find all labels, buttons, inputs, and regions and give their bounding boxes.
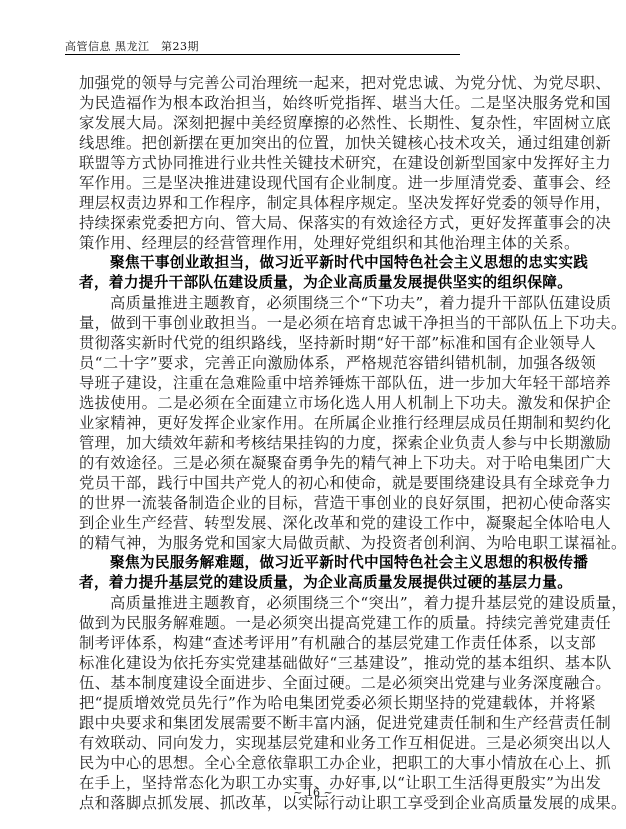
text-line: 管理，加大绩效年薪和考核结果挂钩的力度，探索企业负责人参与中长期激励 [79,433,542,453]
text-line: 员“二十字”要求，完善正向激励体系，严格规范容错纠错机制，加强各级领 [79,353,542,373]
text-line: 到企业生产经营、转型发展、深化改革和党的建设工作中，凝聚起全体哈电人 [79,513,542,533]
text-line: 为民造福作为根本政治担当，始终听党指挥、堪当大任。二是坚决服务党和国 [79,93,542,113]
text-line: 贯彻落实新时代党的组织路线，坚持新时期“好干部”标准和国有企业领导人 [79,333,542,353]
header-divider [65,54,460,55]
text-line: 高质量推进主题教育，必须围绕三个“下功夫”，着力提升干部队伍建设质 [79,293,542,313]
page-number: ~ 16 ~ [0,786,626,799]
text-line: 线思维。把创新摆在更加突出的位置，加快关键核心技术攻关，通过组建创新 [79,133,542,153]
document-body: 加强党的领导与完善公司治理统一起来，把对党忠诚、为党分忧、为党尽职、 为民造福作… [79,73,542,813]
text-line: 有效联动、同向发力，实现基层党建和业务工作互相促进。三是必须突出以人 [79,733,542,753]
text-line: 党员干部，践行中国共产党人的初心和使命，就是要围绕建设具有全球竞争力 [79,473,542,493]
text-line: 标准化建设为依托夯实党建基础做好“三基建设”，推动党的基本组织、基本队 [79,653,542,673]
running-header: 高管信息 黑龙江 第23期 [65,39,460,55]
text-line: 业家精神，更好发挥企业家作用。在所属企业推行经理层成员任期制和契约化 [79,413,542,433]
text-line: 导班子建设，注重在急难险重中培养锤炼干部队伍，进一步加大年轻干部培养 [79,373,542,393]
text-line: 量，做到干事创业敢担当。一是必须在培育忠诚干净担当的干部队伍上下功夫。 [79,313,542,333]
paragraph-grassroots: 高质量推进主题教育，必须围绕三个“突出”，着力提升基层党的建设质量， 做到为民服… [79,593,542,813]
text-line: 持续探索党委把方向、管大局、保落实的有效途径方式，更好发挥董事会的决 [79,213,542,233]
text-line: 选拔使用。二是必须在全面建立市场化选人用人机制上下功夫。激发和保护企 [79,393,542,413]
paragraph-continuation: 加强党的领导与完善公司治理统一起来，把对党忠诚、为党分忧、为党尽职、 为民造福作… [79,73,542,253]
text-line: 的世界一流装备制造企业的目标，营造干事创业的良好氛围，把初心使命落实 [79,493,542,513]
text-line: 跟中央要求和集团发展需要不断丰富内涵，促进党建责任制和生产经营责任制 [79,713,542,733]
text-line: 伍、基本制度建设全面进步、全面过硬。二是必须突出党建与业务深度融合。 [79,673,542,693]
section-heading-grassroots: 聚焦为民服务解难题，做习近平新时代中国特色社会主义思想的积极传播 者，着力提升基… [79,553,542,593]
text-line: 策作用、经理层的经营管理作用，处理好党组织和其他治理主体的关系。 [79,233,542,253]
text-line: 制考评体系，构建“查述考评用”有机融合的基层党建工作责任体系，以支部 [79,633,542,653]
text-line: 民为中心的思想。全心全意依靠职工办企业，把职工的大事小情放在心上、抓 [79,753,542,773]
text-line: 的精气神，为服务党和国家大局做贡献、为投资者创利润、为哈电职工谋福祉。 [79,533,542,553]
heading-line: 聚焦干事创业敢担当，做习近平新时代中国特色社会主义思想的忠实实践 [79,253,542,273]
section-heading-cadre-team: 聚焦干事创业敢担当，做习近平新时代中国特色社会主义思想的忠实实践 者，着力提升干… [79,253,542,293]
text-line: 军作用。三是坚决推进建设现代国有企业制度。进一步厘清党委、董事会、经 [79,173,542,193]
paragraph-cadre-team: 高质量推进主题教育，必须围绕三个“下功夫”，着力提升干部队伍建设质 量，做到干事… [79,293,542,553]
text-line: 把“提质增效党员先行”作为哈电集团党委必须长期坚持的党建载体，并将紧 [79,693,542,713]
heading-line: 者，着力提升干部队伍建设质量，为企业高质量发展提供坚实的组织保障。 [79,273,542,293]
text-line: 家发展大局。深刻把握中美经贸摩擦的必然性、长期性、复杂性，牢固树立底 [79,113,542,133]
text-line: 高质量推进主题教育，必须围绕三个“突出”，着力提升基层党的建设质量， [79,593,542,613]
text-line: 理层权责边界和工作程序，制定具体程序规定。坚决发挥好党委的领导作用， [79,193,542,213]
heading-line: 聚焦为民服务解难题，做习近平新时代中国特色社会主义思想的积极传播 [79,553,542,573]
text-line: 加强党的领导与完善公司治理统一起来，把对党忠诚、为党分忧、为党尽职、 [79,73,542,93]
text-line: 联盟等方式协同推进行业共性关键技术研究，在建设创新型国家中发挥好主力 [79,153,542,173]
text-line: 的有效途径。三是必须在凝聚奋勇争先的精气神上下功夫。对于哈电集团广大 [79,453,542,473]
heading-line: 者，着力提升基层党的建设质量，为企业高质量发展提供过硬的基层力量。 [79,573,542,593]
text-line: 做到为民服务解难题。一是必须突出提高党建工作的质量。持续完善党建责任 [79,613,542,633]
